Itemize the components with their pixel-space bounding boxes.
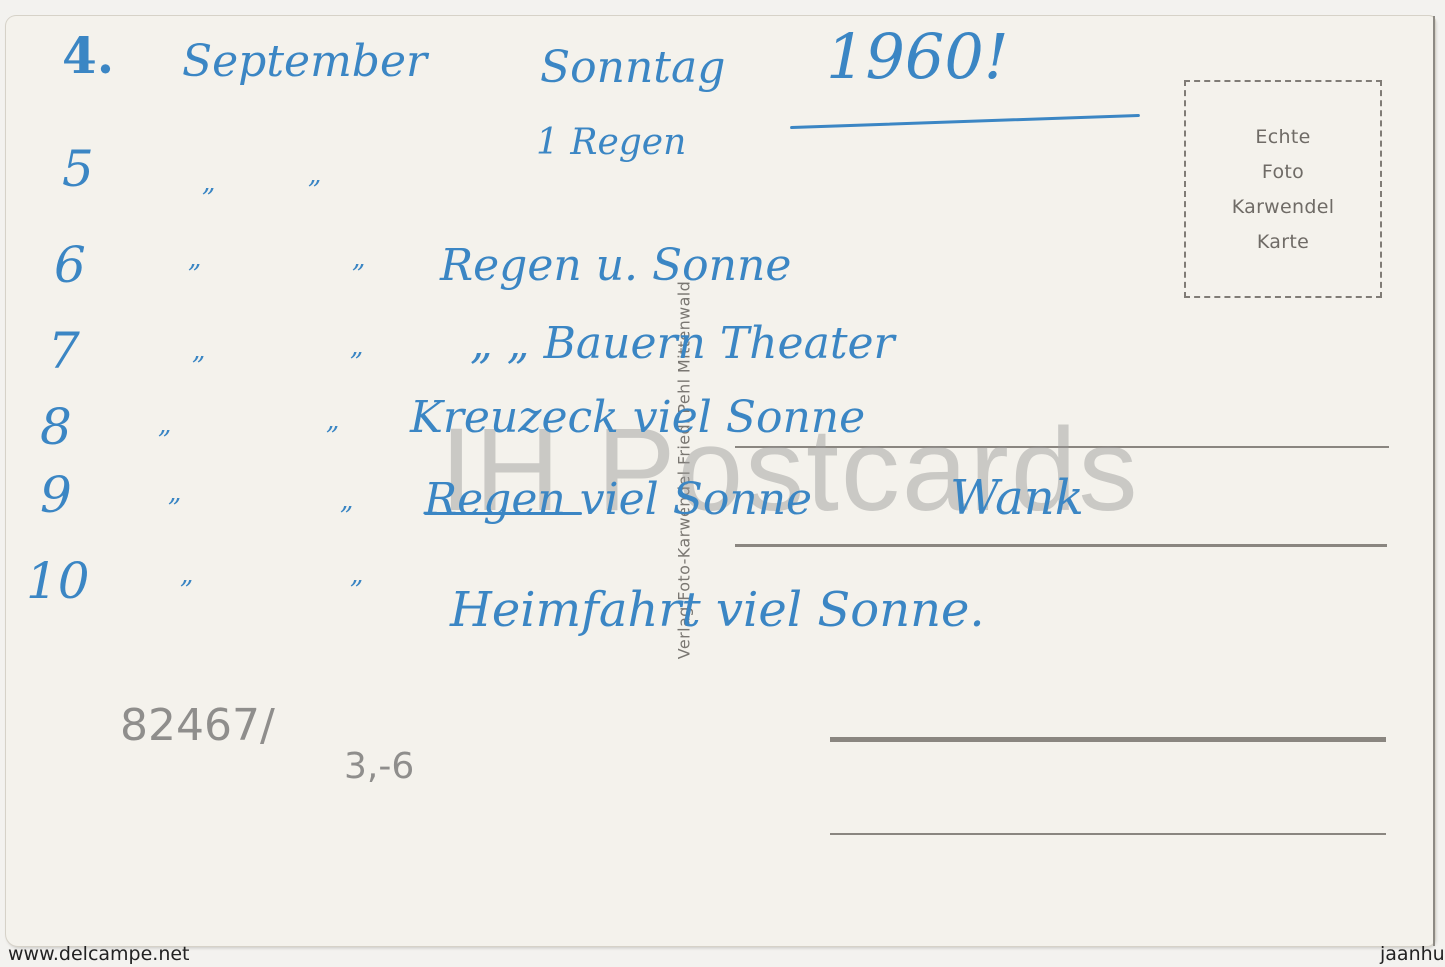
hw-day-8: 8 bbox=[40, 398, 72, 456]
hw-note-day-5: 1 Regen bbox=[536, 122, 686, 163]
hw-note-day-6: Regen u. Sonne bbox=[440, 240, 791, 291]
hw-day-5: 5 bbox=[62, 140, 94, 198]
ditto-mark: „ bbox=[192, 336, 205, 366]
stamp-box: Echte Foto Karwendel Karte bbox=[1184, 80, 1382, 298]
pencil-code: 82467/ bbox=[120, 700, 275, 751]
pencil-price: 3,-6 bbox=[344, 746, 414, 787]
ditto-mark: „ bbox=[352, 244, 365, 274]
ditto-mark: „ bbox=[188, 244, 201, 274]
hw-day-4: 4. bbox=[62, 26, 114, 85]
hw-weekday: Sonntag bbox=[540, 42, 725, 93]
stamp-line-4: Karte bbox=[1257, 231, 1309, 253]
hw-year: 1960! bbox=[826, 20, 1009, 93]
hw-day-10: 10 bbox=[26, 552, 90, 610]
ditto-mark: „ bbox=[340, 486, 353, 516]
ditto-mark: „ bbox=[350, 560, 363, 590]
stamp-line-3: Karwendel bbox=[1232, 196, 1335, 218]
ditto-mark: „ bbox=[350, 332, 363, 362]
hw-regen-underline bbox=[424, 512, 582, 515]
hw-note-day-9: Regen viel Sonne bbox=[424, 474, 812, 525]
hw-month: September bbox=[182, 36, 427, 87]
source-credit-left: www.delcampe.net bbox=[8, 943, 190, 965]
hw-note-wank: Wank bbox=[950, 470, 1084, 526]
stamp-line-1: Echte bbox=[1255, 126, 1310, 148]
hw-day-7: 7 bbox=[48, 322, 80, 380]
ditto-mark: „ bbox=[202, 168, 215, 198]
address-line-3 bbox=[830, 737, 1386, 742]
stamp-line-2: Foto bbox=[1262, 161, 1304, 183]
ditto-mark: „ bbox=[158, 410, 171, 440]
source-credit-right: jaanhus bbox=[1380, 943, 1445, 965]
address-line-2 bbox=[735, 544, 1387, 547]
hw-note-day-8: Kreuzeck viel Sonne bbox=[410, 392, 865, 443]
ditto-mark: „ bbox=[308, 160, 321, 190]
hw-day-6: 6 bbox=[54, 236, 86, 294]
ditto-mark: „ bbox=[168, 478, 181, 508]
address-line-4 bbox=[830, 833, 1386, 835]
hw-note-day-10: Heimfahrt viel Sonne. bbox=[450, 582, 985, 638]
hw-note-day-7: „ „ Bauern Theater bbox=[470, 318, 895, 369]
ditto-mark: „ bbox=[180, 560, 193, 590]
ditto-mark: „ bbox=[326, 406, 339, 436]
hw-day-9: 9 bbox=[40, 466, 72, 524]
